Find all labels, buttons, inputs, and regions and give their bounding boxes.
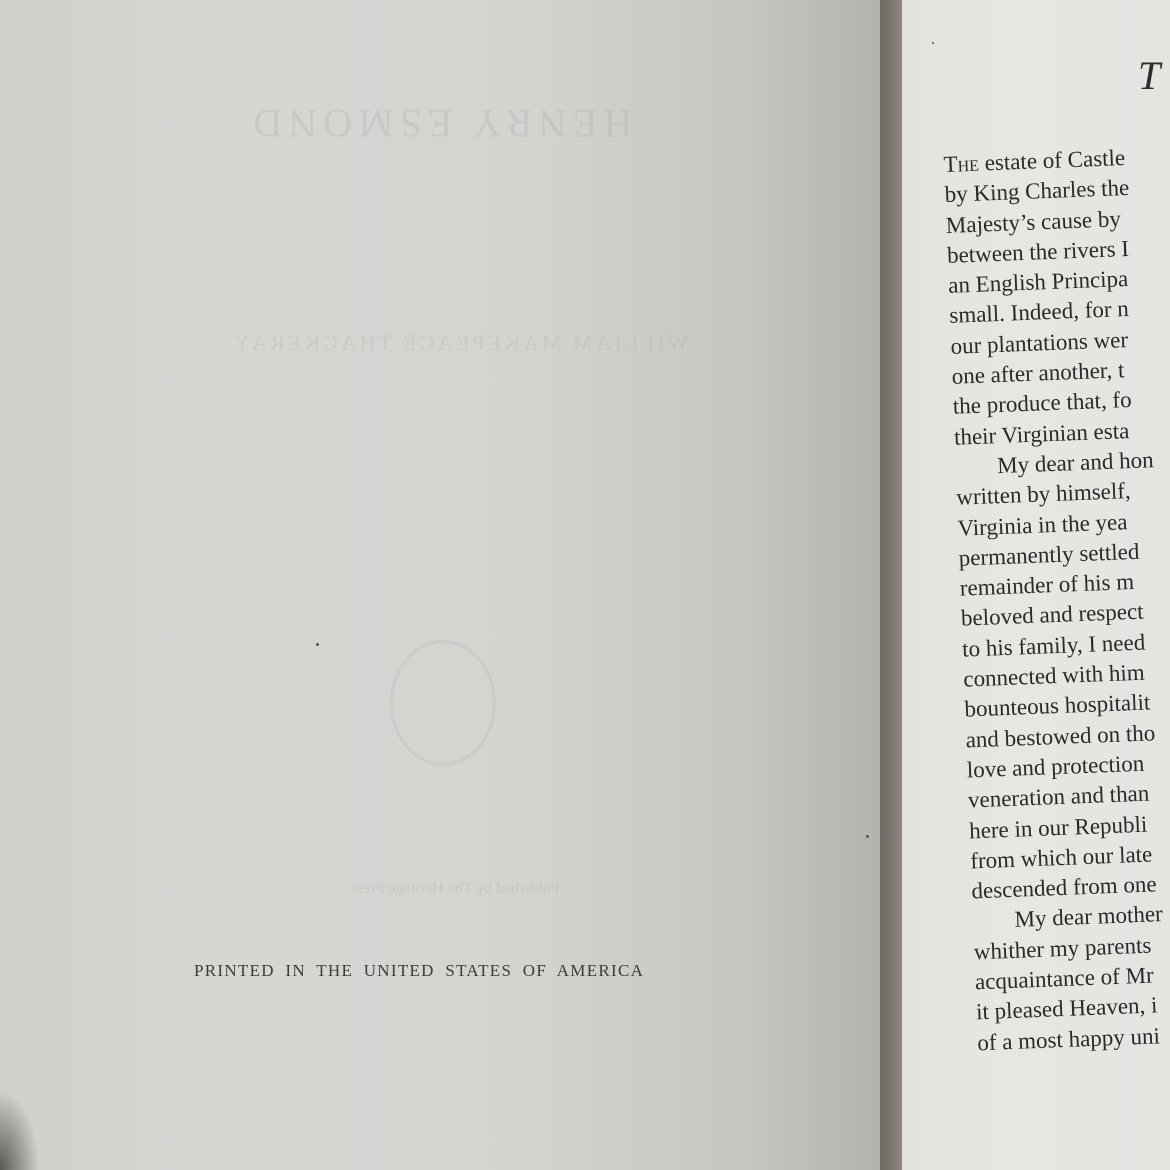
- text-line-content: beloved and respect: [961, 599, 1144, 631]
- chapter-heading: T: [1138, 52, 1160, 99]
- text-line-content: by King Charles the: [944, 175, 1129, 207]
- left-page-copyright: HENRY ESMOND WILLIAM MAKEPEACE THACKERAY…: [0, 0, 880, 1170]
- bleed-through-author: WILLIAM MAKEPEACE THACKERAY: [110, 330, 810, 356]
- text-line-content: connected with him: [963, 660, 1145, 692]
- paper-speck: [866, 835, 869, 838]
- bleed-through-title: HENRY ESMOND: [160, 100, 720, 147]
- text-line-content: bounteous hospitalit: [964, 690, 1151, 722]
- small-caps-lead: The: [943, 151, 979, 177]
- text-line-content: Majesty’s cause by: [945, 206, 1121, 238]
- text-line-content: an English Principa: [948, 266, 1129, 298]
- text-line-content: My dear mother: [1014, 902, 1163, 933]
- text-line-content: Virginia in the yea: [957, 509, 1128, 541]
- text-line-content: from which our late: [970, 841, 1153, 873]
- text-line-content: one after another, t: [951, 357, 1125, 389]
- text-line-content: My dear and hon: [997, 447, 1154, 478]
- text-line-content: remainder of his m: [959, 569, 1134, 601]
- text-line-content: here in our Republi: [969, 811, 1148, 843]
- paper-speck: [932, 42, 934, 44]
- text-line-content: and bestowed on tho: [965, 720, 1156, 752]
- text-line-content: small. Indeed, for n: [949, 296, 1129, 328]
- text-line-content: the produce that, fo: [952, 387, 1132, 419]
- text-line-content: our plantations wer: [950, 327, 1128, 359]
- text-line-content: acquaintance of Mr: [974, 963, 1154, 995]
- bleed-through-publisher: Published by The Heritage Press: [290, 880, 620, 898]
- text-line-content: their Virginian esta: [954, 418, 1130, 450]
- chapter-body-text: The estate of Castleby King Charles theM…: [943, 134, 1170, 1058]
- text-line-content: to his family, I need: [962, 629, 1146, 661]
- open-book-spread: HENRY ESMOND WILLIAM MAKEPEACE THACKERAY…: [0, 0, 1170, 1170]
- text-line-content: it pleased Heaven, i: [976, 993, 1158, 1025]
- text-line-content: estate of Castle: [978, 145, 1125, 176]
- right-page-chapter-start: T The estate of Castleby King Charles th…: [902, 0, 1170, 1170]
- printed-in-imprint: PRINTED IN THE UNITED STATES OF AMERICA: [194, 961, 644, 981]
- book-gutter: [880, 0, 902, 1170]
- text-line-content: love and protection: [966, 751, 1144, 783]
- bleed-through-emblem-icon: [390, 640, 496, 766]
- text-line-content: veneration and than: [968, 781, 1150, 813]
- text-line-content: of a most happy uni: [977, 1023, 1161, 1055]
- text-line-content: whither my parents: [973, 932, 1151, 964]
- text-line-content: descended from one: [971, 871, 1157, 903]
- text-line-content: permanently settled: [958, 539, 1140, 571]
- paper-speck: [316, 643, 319, 646]
- text-line-content: between the rivers I: [947, 236, 1130, 268]
- text-line-content: written by himself,: [956, 478, 1131, 510]
